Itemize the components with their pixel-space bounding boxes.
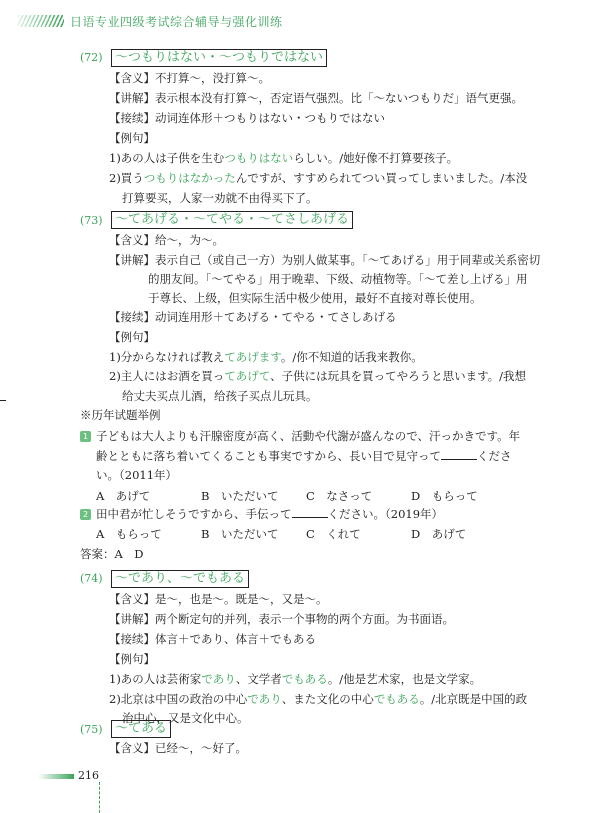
option-b: B いただいて (201, 488, 306, 504)
answer-key: 答案：A D (80, 546, 144, 562)
exam-heading: ※历年试题举例 (80, 407, 161, 423)
grammar-title: ～つもりはない・～つもりではない (111, 49, 327, 67)
question-1-options: A あげてB いただいてC なさってD もらって (96, 488, 516, 504)
example-sentence: 2)主人にはお酒を買ってあげて、子供には玩具を買ってやろうと思います。/我想 (109, 368, 526, 384)
question-2: 2田中君が忙しそうですから、手伝ってください。（2019年） (80, 506, 443, 522)
explanation: 【讲解】表示根本没有打算～，否定语气强烈。比「～ないつもりだ」语气更强。 (109, 90, 523, 106)
example-sentence: 2)北京は中国の政治の中心であり、また文化の中心でもある。/北京既是中国的政 (109, 691, 527, 707)
answer-blank (441, 448, 477, 460)
grammar-title: ～てある (111, 720, 171, 738)
option-c: C くれて (306, 526, 411, 542)
meaning: 【含义】已经～，～好了。 (109, 740, 247, 756)
example-sentence: 1)あの人は芸術家であり、文学者でもある。/他是艺术家，也是文学家。 (109, 671, 481, 687)
example-translation-cont: 给丈夫买点儿酒，给孩子买点儿玩具。 (122, 388, 318, 404)
option-d: D あげて (411, 526, 516, 542)
running-header: 日语专业四级考试综合辅导与强化训练 (18, 13, 283, 29)
question-number-badge: 1 (80, 431, 91, 442)
meaning: 【含义】是～，也是～。既是～，又是～。 (109, 591, 328, 607)
section-number: (75) (80, 722, 103, 738)
section-number: (72) (80, 50, 103, 66)
example-sentence: 2)買うつもりはなかったんですが、すすめられてつい買ってしまいました。/本没 (109, 170, 527, 186)
question-number-badge: 2 (80, 509, 91, 520)
option-a: A もらって (96, 526, 201, 542)
question-2-options: A もらってB いただいてC くれてD あげて (96, 526, 516, 542)
book-title: 日语专业四级考试综合辅导与强化训练 (70, 13, 283, 30)
meaning: 【含义】给～，为～。 (109, 232, 224, 248)
example-translation-cont: 打算要买，人家一劝就不由得买下了。 (122, 190, 318, 206)
connection: 【接续】动词连体形＋つもりはない・つもりではない (109, 110, 385, 126)
footer-divider (99, 782, 100, 813)
section-number: (73) (80, 213, 103, 229)
example-sentence: 1)あの人は子供を生むつもりはないらしい。/她好像不打算要孩子。 (109, 150, 458, 166)
connection: 【接续】体言＋であり、体言＋でもある (109, 631, 316, 647)
examples-label: 【例句】 (109, 651, 155, 667)
explanation: 【讲解】表示自己（或自己一方）为别人做某事。「～てあげる」用于同辈或关系密切 (109, 252, 540, 268)
option-c: C なさって (306, 488, 411, 504)
footer-bar-decoration (38, 774, 74, 779)
header-stripes-decoration (18, 15, 64, 27)
page-number: 216 (78, 769, 99, 782)
examples-label: 【例句】 (109, 130, 155, 146)
answer-blank (292, 506, 328, 518)
explanation: 【讲解】两个断定句的并列，表示一个事物的两个方面。为书面语。 (109, 611, 454, 627)
explanation-cont: 的朋友间。「～てやる」用于晚辈、下级、动植物等。「～て差し上げる」用 (148, 271, 528, 287)
section-number: (74) (80, 571, 103, 587)
option-d: D もらって (411, 488, 516, 504)
meaning: 【含义】不打算～，没打算～。 (109, 70, 270, 86)
connection: 【接续】动词连用形＋てあげる・てやる・てさしあげる (109, 309, 397, 325)
explanation-cont: 于尊长、上级，但实际生活中极少使用，最好不直接对尊长使用。 (148, 290, 482, 306)
examples-label: 【例句】 (109, 329, 155, 345)
margin-tick (0, 400, 6, 401)
question-1-cont: い。（2011年） (96, 467, 177, 483)
grammar-title: ～であり、～でもある (111, 570, 249, 588)
option-a: A あげて (96, 488, 201, 504)
example-sentence: 1)分からなければ教えてあげます。/你不知道的话我来教你。 (109, 349, 423, 365)
question-1: 1子どもは大人よりも汗腺密度が高く、活動や代謝が盛んなので、汗っかきです。年 (80, 428, 520, 444)
question-1-cont: 齢とともに落ち着いてくることも事実ですから、長い目で見守ってくださ (96, 448, 512, 464)
option-b: B いただいて (201, 526, 306, 542)
grammar-title: ～てあげる・～てやる・～てさしあげる (111, 211, 353, 229)
